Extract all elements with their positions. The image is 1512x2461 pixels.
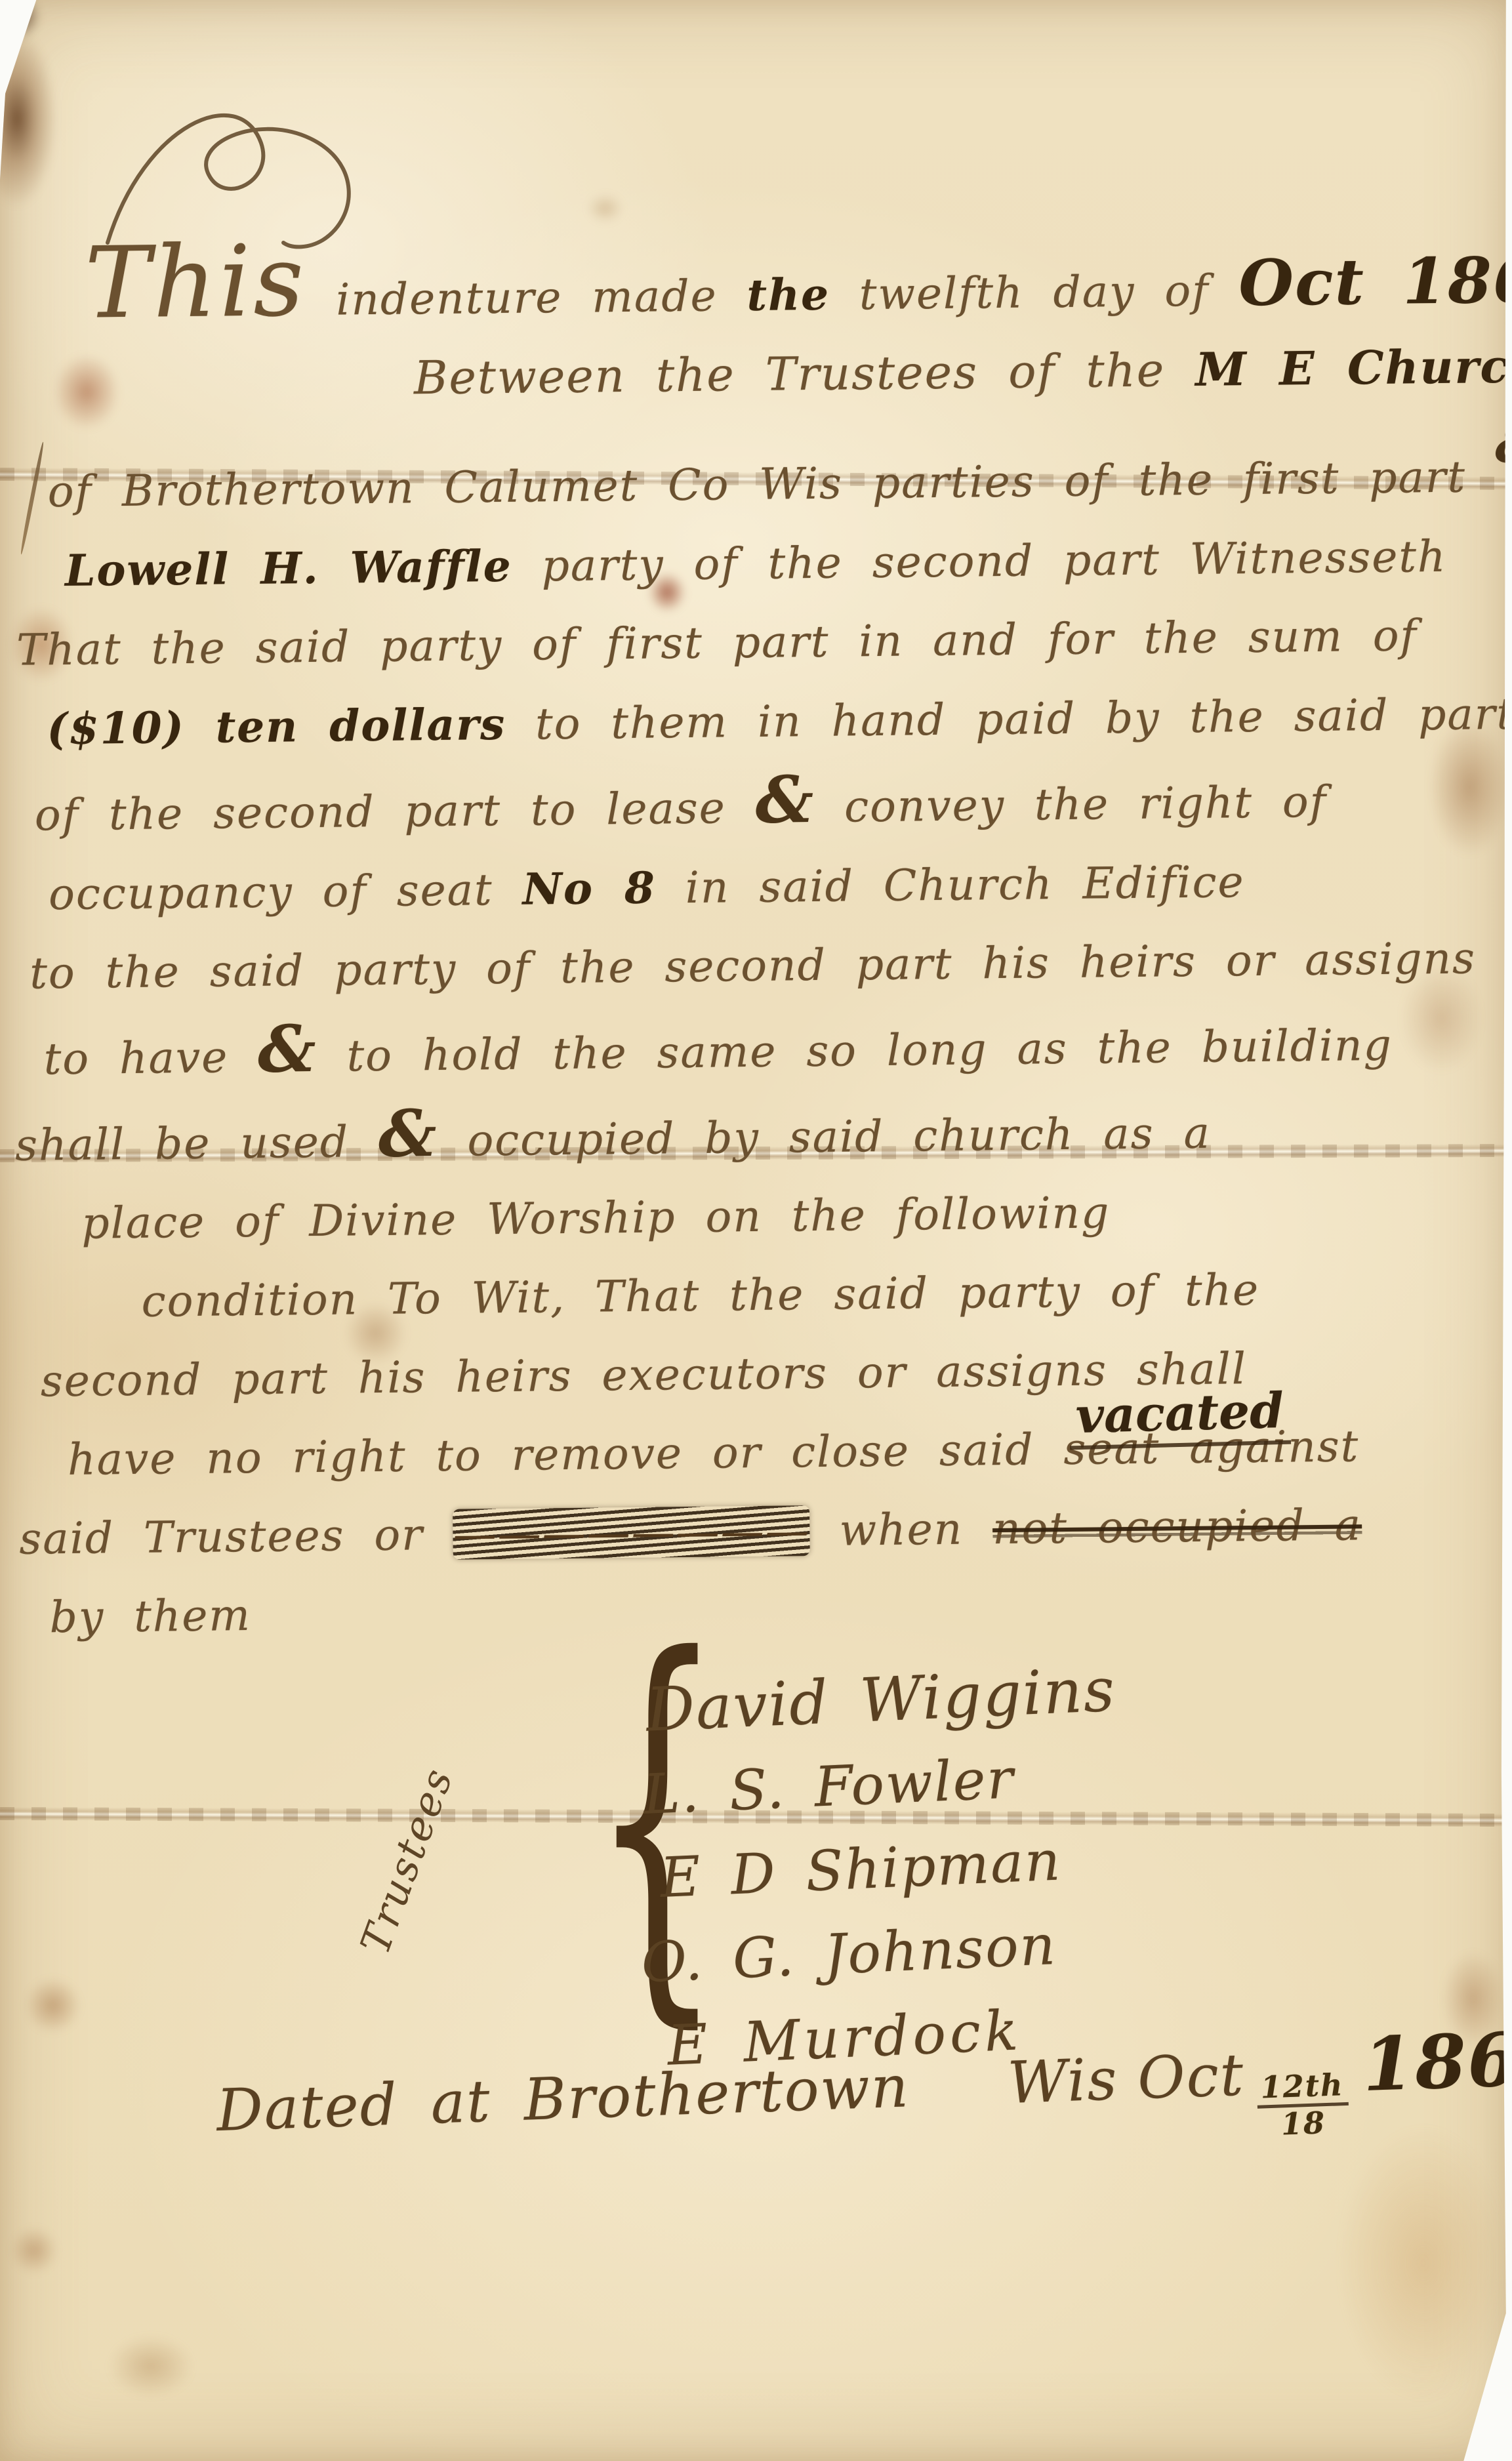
signature-list: David WigginsL. S. FowlerE D ShipmanO. G… (640, 1648, 1132, 2088)
manuscript-text: Between the Trustees of the (414, 343, 1196, 405)
manuscript-text: by them (49, 1590, 251, 1642)
manuscript-text: shall be used (15, 1116, 379, 1171)
manuscript-text: condition To Wit, That the said party of… (141, 1265, 1259, 1327)
manuscript-line: shall be used & occupied by said church … (14, 1084, 1488, 1185)
paper-stain (108, 2335, 194, 2397)
inserted-word-vacated: vacated (1069, 1383, 1291, 1450)
manuscript-text: party of the second part Witnesseth (512, 531, 1447, 592)
dateline-day-fraction: 12th18 (1256, 2068, 1349, 2142)
manuscript-text: occupancy of seat (49, 864, 523, 920)
dateline-month: Oct (1137, 2041, 1246, 2112)
manuscript-text: twelfth day of (830, 265, 1239, 320)
manuscript-text: to have (43, 1032, 258, 1084)
paper-stain (25, 1978, 81, 2033)
manuscript-text: of the second part to lease (34, 783, 756, 841)
manuscript-text: the (746, 269, 830, 321)
manuscript-text: indenture made (306, 270, 747, 325)
dateline-state: Wis (1006, 2045, 1119, 2117)
manuscript-line: ($10) ten dollars to them in hand paid b… (10, 674, 1484, 769)
manuscript-line: condition To Wit, That the said party of… (16, 1248, 1490, 1343)
manuscript-line: occupancy of seat No 8 in said Church Ed… (12, 840, 1486, 935)
manuscript-text: to hold the same so long as the building (317, 1020, 1393, 1082)
paper-stain (1338, 2125, 1509, 2401)
manuscript-text: This (84, 224, 306, 341)
manuscript-text: ———————— (453, 1505, 810, 1560)
manuscript-text: & (1495, 415, 1512, 474)
manuscript-text: second part his heirs executors or assig… (41, 1343, 1248, 1406)
manuscript-text: when (809, 1503, 992, 1556)
manuscript-text: of Brothertown Calumet Co Wis parties of… (47, 451, 1496, 517)
manuscript-line: That the said party of first part in and… (10, 596, 1483, 690)
manuscript-text: Oct 1869 (1238, 243, 1512, 320)
manuscript-text: That the said party of first part in and… (16, 610, 1418, 675)
manuscript-paper: This indenture made the twelfth day of O… (0, 0, 1512, 2461)
manuscript-line: Lowell H. Waffle party of the second par… (9, 516, 1482, 611)
manuscript-text: M E Church (1195, 338, 1512, 397)
paper-stain (587, 193, 623, 223)
manuscript-line: place of Divine Worship on the following (16, 1169, 1489, 1264)
manuscript-text: ($10) ten dollars (47, 699, 506, 754)
manuscript-line: of Brothertown Calumet Co Wis parties of… (8, 406, 1482, 531)
manuscript-text: place of Divine Worship on the following (81, 1187, 1111, 1248)
manuscript-line: This indenture made the twelfth day of O… (6, 230, 1479, 343)
paper-stain (10, 2227, 58, 2274)
manuscript-text: & (378, 1096, 438, 1172)
manuscript-text: to them in hand paid by the said party (506, 688, 1512, 750)
manuscript-text: said Trustees or (19, 1509, 453, 1564)
dateline-day: 12th (1256, 2068, 1349, 2109)
paper-stain (0, 0, 41, 39)
manuscript-text: convey the right of (815, 777, 1328, 832)
manuscript-text: No 8 (522, 862, 656, 914)
trustees-rotated-label: Trustees (346, 1747, 468, 1973)
manuscript-line: to the said party of the second part his… (13, 919, 1486, 1013)
dateline-day-alt: 18 (1280, 2106, 1326, 2140)
manuscript-text: & (257, 1011, 317, 1088)
manuscript-line: of the second part to lease & convey the… (11, 754, 1484, 855)
manuscript-text: to the said party of the second part his… (30, 933, 1476, 998)
dateline-year: 1869 (1361, 2015, 1512, 2108)
paper-stain (0, 30, 56, 207)
dateline: Dated at BrothertownWisOct12th181869 (215, 2015, 1512, 2178)
manuscript-line: said Trustees or ———————— when not occup… (19, 1484, 1492, 1579)
manuscript-text: not occupied a (992, 1499, 1362, 1554)
manuscript-text: & (755, 762, 815, 838)
manuscript-text: Lowell H. Waffle (65, 540, 512, 596)
manuscript-line: Between the Trustees of the M E Church (7, 327, 1480, 422)
manuscript-line: to have & to hold the same so long as th… (14, 998, 1487, 1099)
manuscript-text: occupied by said church as a (438, 1108, 1211, 1166)
dateline-dated-at: Dated at Brothertown (215, 2052, 910, 2144)
manuscript-line: by them (20, 1563, 1493, 1658)
manuscript-text: in said Church Edifice (655, 857, 1245, 913)
